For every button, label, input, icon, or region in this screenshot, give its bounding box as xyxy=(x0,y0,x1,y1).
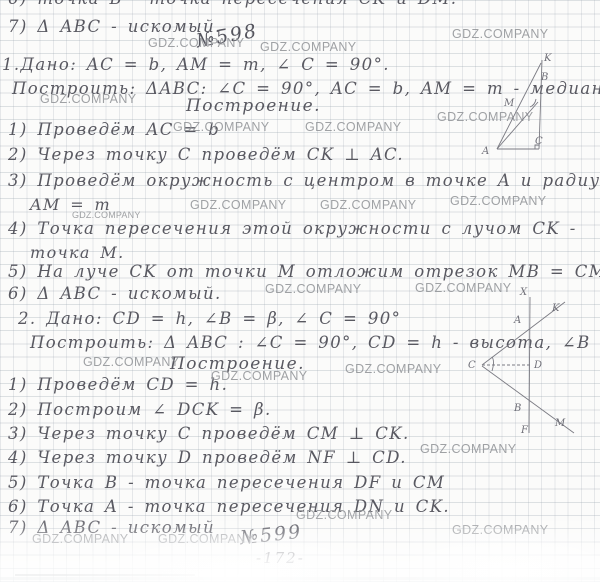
watermark: GDZ.COMPANY xyxy=(72,210,141,220)
p1-step-line: точка M. xyxy=(30,243,125,262)
watermark: GDZ.COMPANY xyxy=(305,120,402,134)
watermark: GDZ.COMPANY xyxy=(148,36,245,50)
watermark: GDZ.COMPANY xyxy=(296,508,393,522)
p2-given-line: 2. Дано: CD = h, ∠B = β, ∠ C = 90° xyxy=(18,309,401,328)
watermark: GDZ.COMPANY xyxy=(173,120,270,134)
watermark: GDZ.COMPANY xyxy=(450,194,547,208)
diagram2-label-K: K xyxy=(551,303,560,314)
p1-step-line: 2) Через точку C проведём CK ⊥ AC. xyxy=(8,145,404,164)
watermark: GDZ.COMPANY xyxy=(211,369,308,383)
watermark: GDZ.COMPANY xyxy=(83,355,180,369)
diagram2-label-D: D xyxy=(533,360,542,371)
p2-step-line: 5) Точка B - точка пересечения DF и CM xyxy=(8,473,445,492)
diagram1-label-K: K xyxy=(543,53,552,64)
p1-given-line: 1.Дано: AC = b, AM = m, ∠ C = 90°. xyxy=(2,55,390,74)
watermark: GDZ.COMPANY xyxy=(452,27,549,41)
watermark: GDZ.COMPANY xyxy=(420,442,517,456)
notebook-page: 6) точка B - точка пересечения CK и DM. … xyxy=(0,0,600,582)
watermark: GDZ.COMPANY xyxy=(158,532,255,546)
p2-step-line: 3) Через точку C проведём CM ⊥ CK. xyxy=(8,424,410,443)
p2-step-line: 2) Построим ∠ DCK = β. xyxy=(8,400,272,419)
prev-step6-line: 6) точка B - точка пересечения CK и DM. xyxy=(8,0,457,8)
diagram-triangle-2: X K A C D B F M xyxy=(462,283,582,443)
p2-step-line: 1) Проведём CD = h. xyxy=(8,375,228,394)
p2-step-line: 4) Через точку D проведём NF ⊥ CD. xyxy=(8,448,407,467)
diagram1-label-M: M xyxy=(503,98,515,109)
diagram2-label-F: F xyxy=(520,425,529,436)
watermark: GDZ.COMPANY xyxy=(265,282,362,296)
page-bottom-edge-shadow xyxy=(0,577,600,580)
p1-step-line: 3) Проведём окружность с центром в точке… xyxy=(8,171,600,190)
diagram1-label-B: B xyxy=(540,72,548,83)
diagram2-label-B: B xyxy=(513,403,521,414)
p1-step-line: 4) Точка пересечения этой окружности с л… xyxy=(8,219,577,238)
diagram1-label-C: C xyxy=(535,136,543,147)
page-bottom-edge xyxy=(15,574,195,576)
p1-construction-heading: Построение. xyxy=(186,96,321,116)
watermark: GDZ.COMPANY xyxy=(320,198,417,212)
diagram-triangle-1: K B M A C xyxy=(478,44,590,159)
page-number: -172- xyxy=(256,549,305,567)
watermark: GDZ.COMPANY xyxy=(190,198,287,212)
diagram2-label-M: M xyxy=(554,418,566,429)
watermark: GDZ.COMPANY xyxy=(40,92,137,106)
diagram1-label-A: A xyxy=(481,146,489,157)
watermark: GDZ.COMPANY xyxy=(452,523,549,537)
watermark: GDZ.COMPANY xyxy=(260,40,357,54)
diagram2-label-A: A xyxy=(513,315,521,326)
watermark: GDZ.COMPANY xyxy=(345,362,442,376)
p1-step-line: 6) Δ ABC - искомый. xyxy=(8,284,222,303)
diagram2-label-C: C xyxy=(468,360,476,371)
diagram2-label-X: X xyxy=(519,287,528,298)
watermark: GDZ.COMPANY xyxy=(32,532,129,546)
prev-step7-line: 7) Δ ABC - искомый. xyxy=(8,17,222,36)
p1-step-line: 5) На луче CK от точки M отложим отрезок… xyxy=(8,262,600,281)
